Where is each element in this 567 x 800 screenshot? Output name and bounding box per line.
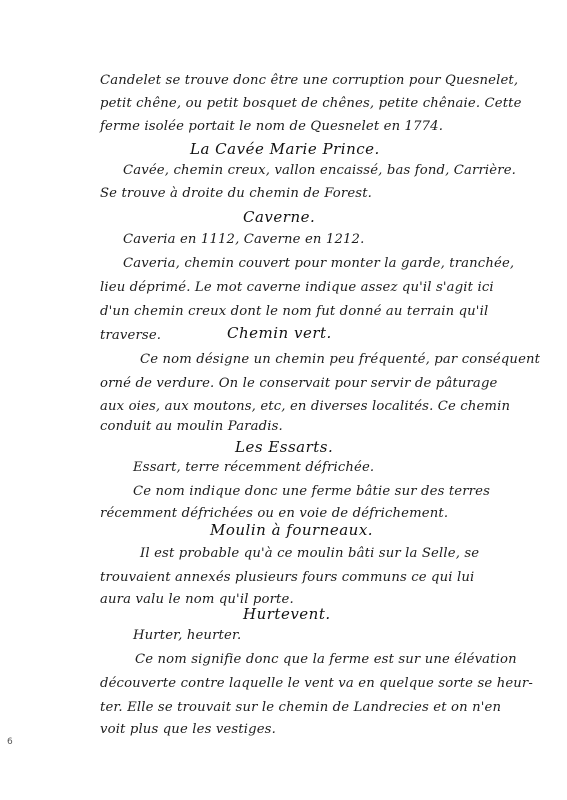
text-line: lieu déprimé. Le mot caverne indique ass…: [100, 280, 494, 295]
text-line: trouvaient annexés plusieurs fours commu…: [100, 570, 474, 585]
text-line: petit chêne, ou petit bosquet de chênes,…: [100, 96, 522, 111]
text-line: traverse.: [100, 328, 161, 343]
text-line: d'un chemin creux dont le nom fut donné …: [100, 304, 488, 319]
section-heading: Les Essarts.: [235, 438, 333, 456]
section-heading: Moulin à fourneaux.: [210, 521, 373, 539]
text-line: voit plus que les vestiges.: [100, 722, 276, 737]
text-line: Ce nom indique donc une ferme bâtie sur …: [133, 484, 490, 499]
page-number: 6: [7, 737, 13, 747]
text-line: aux oies, aux moutons, etc, en diverses …: [100, 399, 510, 414]
text-line: Candelet se trouve donc être une corrupt…: [100, 73, 518, 88]
section-heading: Caverne.: [243, 208, 315, 226]
section-heading: Hurtevent.: [243, 605, 331, 623]
text-line: Ce nom signifie donc que la ferme est su…: [135, 652, 517, 667]
text-line: découverte contre laquelle le vent va en…: [100, 676, 533, 691]
section-heading: Chemin vert.: [227, 324, 332, 342]
text-line: Il est probable qu'à ce moulin bâti sur …: [140, 546, 479, 561]
text-line: récemment défrichées ou en voie de défri…: [100, 506, 448, 521]
text-line: orné de verdure. On le conservait pour s…: [100, 376, 498, 391]
text-line: ferme isolée portait le nom de Quesnelet…: [100, 119, 443, 134]
text-line: conduit au moulin Paradis.: [100, 419, 283, 434]
text-line: Essart, terre récemment défrichée.: [133, 460, 374, 475]
text-line: Ce nom désigne un chemin peu fréquenté, …: [140, 352, 540, 367]
text-line: Caveria en 1112, Caverne en 1212.: [123, 232, 364, 247]
text-line: Caveria, chemin couvert pour monter la g…: [123, 256, 514, 271]
text-line: Hurter, heurter.: [133, 628, 241, 643]
section-heading: La Cavée Marie Prince.: [190, 140, 380, 158]
handwritten-page: Candelet se trouve donc être une corrupt…: [0, 0, 567, 800]
text-line: ter. Elle se trouvait sur le chemin de L…: [100, 700, 501, 715]
text-line: Se trouve à droite du chemin de Forest.: [100, 186, 372, 201]
text-line: Cavée, chemin creux, vallon encaissé, ba…: [123, 163, 516, 178]
